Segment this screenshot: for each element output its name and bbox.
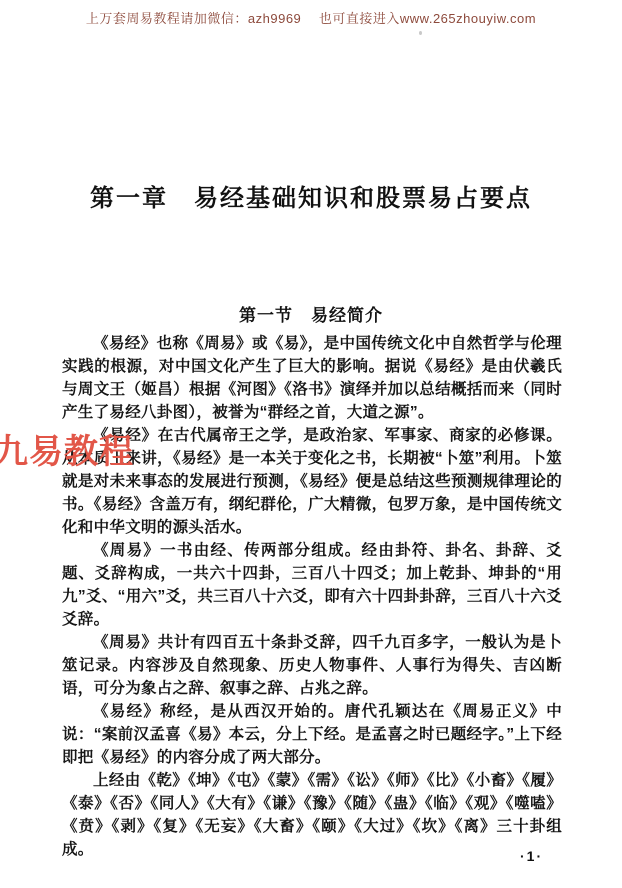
paragraph-zhouyi-structure: 《周易》一书由经、传两部分组成。经由卦符、卦名、卦辞、爻题、爻辞构成，一共六十四… [62,539,562,631]
page-number: ·1· [520,848,543,864]
paragraph-shangjing-hexagrams: 上经由《乾》《坤》《屯》《蒙》《需》《讼》《师》《比》《小畜》《履》《泰》《否》… [62,769,562,861]
paragraph-zhouyi-content: 《周易》共计有四百五十条卦爻辞，四千九百多字，一般认为是卜筮记录。内容涉及自然现… [62,631,562,700]
book-page: 上万套周易教程请加微信：azh9969 也可直接进入www.265zhouyiw… [0,0,622,888]
header-advert-note: 上万套周易教程请加微信：azh9969 也可直接进入www.265zhouyiw… [0,8,622,27]
paragraph-yijing-intro: 《易经》也称《周易》或《易》，是中国传统文化中自然哲学与伦理实践的根源，对中国文… [62,332,562,424]
section-title: 第一节 易经简介 [0,301,622,326]
chapter-title: 第一章 易经基础知识和股票易占要点 [0,178,622,213]
watermark-jiuyi-jiaocheng: 九易教程 [0,424,134,473]
paragraph-diwang-zhixue: 《易经》在古代属帝王之学，是政治家、军事家、商家的必修课。从本质上来讲，《易经》… [62,424,562,539]
paragraph-chengjing-history: 《易经》称经，是从西汉开始的。唐代孔颖达在《周易正义》中说：“案前汉孟喜《易》本… [62,700,562,769]
body-text: 《易经》也称《周易》或《易》，是中国传统文化中自然哲学与伦理实践的根源，对中国文… [62,332,562,861]
scan-artifact-dot [419,31,422,35]
